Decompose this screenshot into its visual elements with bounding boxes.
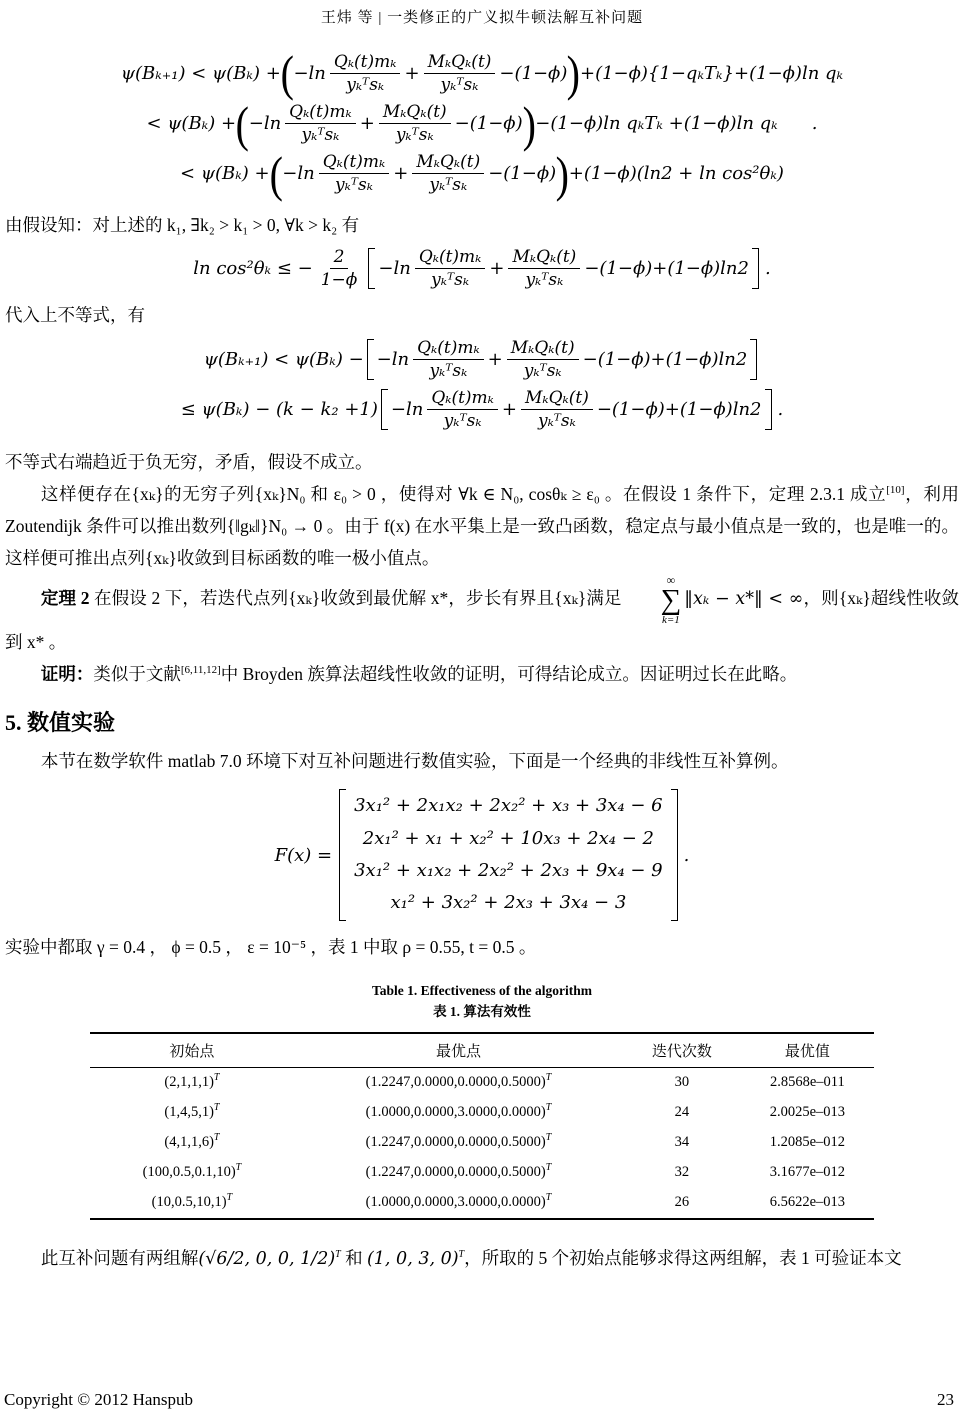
proof-text: 中 Broyden 族算法超线性收敛的证明，可得结论成立。因证明过长在此略。 bbox=[221, 664, 798, 684]
fraction-denominator: yₖᵀsₖ bbox=[425, 174, 471, 196]
eq1-line3-post: +(1−ϕ)(ln2 + ln cos²θₖ) bbox=[569, 163, 784, 184]
fraction-mk-qkt: MₖQₖ(t) yₖᵀsₖ bbox=[424, 51, 496, 96]
table-row: (100,0.5,0.1,10)T (1.2247,0.0000,0.0000,… bbox=[90, 1158, 874, 1188]
vector-value: (1.0000,0.0000,3.0000,0.0000) bbox=[366, 1104, 546, 1120]
matrix-lhs: F(x) = bbox=[275, 845, 333, 866]
sum-expression: ‖xₖ − x*‖ < ∞ bbox=[684, 589, 803, 609]
eq2-lhs: ln cos²θₖ ≤ − bbox=[193, 258, 312, 279]
fraction-qkt-mk: Qₖ(t)mₖ yₖᵀsₖ bbox=[427, 387, 498, 432]
plus-op: + bbox=[360, 113, 375, 134]
transpose-superscript: T bbox=[546, 1102, 552, 1113]
table-row: (4,1,1,6)T (1.2247,0.0000,0.0000,0.5000)… bbox=[90, 1128, 874, 1158]
eq1-line2-post: −(1−ϕ)ln qₖTₖ +(1−ϕ)ln qₖ bbox=[535, 113, 777, 134]
paragraph-proof: 证明：类似于文献[6,11,12]中 Broyden 族算法超线性收敛的证明，可… bbox=[5, 658, 959, 690]
plus-op: + bbox=[489, 258, 504, 279]
vector-value: (4,1,1,6) bbox=[164, 1134, 214, 1150]
transpose-superscript: T bbox=[546, 1192, 552, 1203]
proof-text: 类似于文献 bbox=[93, 664, 181, 684]
paragraph-text: 此互补问题有两组解 bbox=[41, 1248, 199, 1268]
fraction-qkt-mk: Qₖ(t)mₖ yₖᵀsₖ bbox=[413, 337, 484, 382]
transpose-superscript: T bbox=[546, 1132, 552, 1143]
fraction-denominator: yₖᵀsₖ bbox=[331, 174, 377, 196]
cell-iterations: 26 bbox=[623, 1188, 741, 1219]
copyright-notice: Copyright © 2012 Hanspub bbox=[4, 1390, 193, 1410]
eq1-line2: < ψ(Bₖ) + ( −ln Qₖ(t)mₖ yₖᵀsₖ + MₖQₖ(t) … bbox=[0, 101, 964, 146]
fraction-qkt-mk: Qₖ(t)mₖ yₖᵀsₖ bbox=[415, 246, 486, 291]
eq3-line2: ≤ ψ(Bₖ) − (k − k₂ +1) −ln Qₖ(t)mₖ yₖᵀsₖ … bbox=[0, 387, 964, 432]
fraction-numerator: MₖQₖ(t) bbox=[379, 101, 451, 124]
fraction-denominator: yₖᵀsₖ bbox=[521, 269, 567, 291]
cell-iterations: 34 bbox=[623, 1128, 741, 1158]
transpose-superscript: T bbox=[227, 1192, 233, 1203]
right-bracket bbox=[765, 389, 772, 430]
citation-ref-6-11-12: [6,11,12] bbox=[181, 664, 221, 676]
table-captions: Table 1. Effectiveness of the algorithm … bbox=[0, 981, 964, 1023]
fraction-denominator: yₖᵀsₖ bbox=[520, 360, 566, 382]
eq1-line3-pre: < ψ(Bₖ) + bbox=[180, 163, 270, 184]
left-paren: ( bbox=[236, 103, 249, 146]
vector-value: (1.2247,0.0000,0.0000,0.5000) bbox=[366, 1134, 546, 1150]
vector-value: (1.2247,0.0000,0.0000,0.5000) bbox=[366, 1074, 546, 1090]
left-paren: ( bbox=[269, 153, 282, 196]
sentence-period: . bbox=[812, 113, 818, 134]
fraction-numerator: 2 bbox=[330, 246, 349, 269]
fraction-mk-qkt: MₖQₖ(t) yₖᵀsₖ bbox=[412, 151, 484, 196]
cell-optimal-point: (1.0000,0.0000,3.0000,0.0000)T bbox=[294, 1188, 623, 1219]
eq1-line1-post: +(1−ϕ){1−qₖTₖ}+(1−ϕ)ln qₖ bbox=[580, 63, 843, 84]
transpose-superscript: T bbox=[546, 1072, 552, 1083]
paragraph-contradiction: 不等式右端趋近于负无穷，矛盾，假设不成立。 bbox=[5, 446, 959, 478]
matrix-equation: F(x) = 3x₁² + 2x₁x₂ + 2x₂² + x₃ + 3x₄ − … bbox=[0, 787, 964, 923]
results-table: 初始点 最优点 迭代次数 最优值 (2,1,1,1)T (1.2247,0.00… bbox=[90, 1032, 874, 1220]
column-header-optimal-point: 最优点 bbox=[294, 1033, 623, 1068]
fraction-denominator: yₖᵀsₖ bbox=[342, 74, 388, 96]
neg-ln-op: −ln bbox=[282, 163, 314, 184]
right-bracket bbox=[752, 248, 759, 289]
plus-op: + bbox=[488, 349, 503, 370]
table-header-row: 初始点 最优点 迭代次数 最优值 bbox=[90, 1033, 874, 1068]
neg-ln-op: −ln bbox=[378, 258, 410, 279]
vector-value: (1.2247,0.0000,0.0000,0.5000) bbox=[366, 1164, 546, 1180]
transpose-superscript: T bbox=[236, 1162, 242, 1173]
paragraph-text: 和 bbox=[341, 1248, 367, 1268]
fraction-denominator: yₖᵀsₖ bbox=[392, 124, 438, 146]
fraction-mk-qkt: MₖQₖ(t) yₖᵀsₖ bbox=[508, 246, 580, 291]
page-header: 王炜 等 | 一类修正的广义拟牛顿法解互补问题 bbox=[0, 0, 964, 27]
summation-symbol: ∞∑k=1 bbox=[625, 574, 682, 626]
fraction-qkt-mk: Qₖ(t)mₖ yₖᵀsₖ bbox=[285, 101, 356, 146]
fraction-denominator: yₖᵀsₖ bbox=[298, 124, 344, 146]
fraction-numerator: MₖQₖ(t) bbox=[521, 387, 593, 410]
fraction-denominator: yₖᵀsₖ bbox=[425, 360, 471, 382]
fraction-numerator: Qₖ(t)mₖ bbox=[285, 101, 356, 124]
paragraph-solutions: 此互补问题有两组解(√6/2, 0, 0, 1/2)T 和 (1, 0, 3, … bbox=[5, 1242, 959, 1275]
table-row: (2,1,1,1)T (1.2247,0.0000,0.0000,0.5000)… bbox=[90, 1067, 874, 1098]
sentence-period: . bbox=[684, 845, 690, 866]
vector-value: (2,1,1,1) bbox=[164, 1074, 214, 1090]
left-square-bracket bbox=[339, 789, 346, 921]
matrix-row: 3x₁² + x₁x₂ + 2x₂² + 2x₃ + 9x₄ − 9 bbox=[354, 855, 663, 887]
column-header-initial-point: 初始点 bbox=[90, 1033, 294, 1068]
fraction-numerator: MₖQₖ(t) bbox=[412, 151, 484, 174]
column-header-iterations: 迭代次数 bbox=[623, 1033, 741, 1068]
matrix-row: 2x₁² + x₁ + x₂² + 10x₃ + 2x₄ − 2 bbox=[363, 823, 654, 855]
right-paren: ) bbox=[567, 52, 580, 95]
cell-initial-point: (2,1,1,1)T bbox=[90, 1067, 294, 1098]
left-bracket bbox=[368, 248, 375, 289]
fraction-denominator: 1−ϕ bbox=[317, 269, 362, 291]
fraction-mk-qkt: MₖQₖ(t) yₖᵀsₖ bbox=[507, 337, 579, 382]
cell-iterations: 30 bbox=[623, 1067, 741, 1098]
right-paren: ) bbox=[556, 153, 569, 196]
eq3-line2-pre: ≤ ψ(Bₖ) − (k − k₂ +1) bbox=[181, 399, 378, 420]
cell-initial-point: (100,0.5,0.1,10)T bbox=[90, 1158, 294, 1188]
cell-optimal-value: 2.8568e–011 bbox=[741, 1067, 874, 1098]
fraction-denominator: yₖᵀsₖ bbox=[534, 410, 580, 432]
inner-post: −(1−ϕ)+(1−ϕ)ln2 bbox=[597, 399, 762, 420]
vector-value: (10,0.5,10,1) bbox=[152, 1194, 227, 1210]
cell-optimal-value: 3.1677e–012 bbox=[741, 1158, 874, 1188]
sum-lower-limit: k=1 bbox=[626, 615, 680, 626]
cell-optimal-point: (1.2247,0.0000,0.0000,0.5000)T bbox=[294, 1158, 623, 1188]
table-caption-chinese: 表 1. 算法有效性 bbox=[0, 1002, 964, 1023]
solution-vector-1: (√6/2, 0, 0, 1/2) bbox=[198, 1249, 335, 1269]
cell-initial-point: (4,1,1,6)T bbox=[90, 1128, 294, 1158]
eq3-line1-pre: ψ(Bₖ₊₁) < ψ(Bₖ) − bbox=[204, 349, 364, 370]
fraction-numerator: Qₖ(t)mₖ bbox=[413, 337, 484, 360]
eq1-line1: ψ(Bₖ₊₁) < ψ(Bₖ) + ( −ln Qₖ(t)mₖ yₖᵀsₖ + … bbox=[0, 51, 964, 96]
vector-value: (1,4,5,1) bbox=[164, 1104, 214, 1120]
table-caption-english: Table 1. Effectiveness of the algorithm bbox=[0, 981, 964, 1002]
transpose-superscript: T bbox=[214, 1102, 220, 1113]
cell-optimal-point: (1.2247,0.0000,0.0000,0.5000)T bbox=[294, 1067, 623, 1098]
equation-block-1: ψ(Bₖ₊₁) < ψ(Bₖ) + ( −ln Qₖ(t)mₖ yₖᵀsₖ + … bbox=[0, 51, 964, 197]
matrix-row: x₁² + 3x₂² + 2x₃ + 3x₄ − 3 bbox=[390, 887, 626, 919]
matrix-row: 3x₁² + 2x₁x₂ + 2x₂² + x₃ + 3x₄ − 6 bbox=[354, 790, 663, 822]
cell-optimal-value: 2.0025e–013 bbox=[741, 1098, 874, 1128]
running-head-title: 王炜 等 | 一类修正的广义拟牛顿法解互补问题 bbox=[321, 10, 643, 26]
neg-ln-op: −ln bbox=[377, 349, 409, 370]
fraction-numerator: MₖQₖ(t) bbox=[424, 51, 496, 74]
fraction-numerator: Qₖ(t)mₖ bbox=[319, 151, 390, 174]
sentence-period: . bbox=[778, 399, 784, 420]
transpose-superscript: T bbox=[214, 1072, 220, 1083]
neg-ln-op: −ln bbox=[391, 399, 423, 420]
vector-value: (100,0.5,0.1,10) bbox=[143, 1164, 236, 1180]
cell-iterations: 32 bbox=[623, 1158, 741, 1188]
inner-post: −(1−ϕ)+(1−ϕ)ln2 bbox=[583, 349, 748, 370]
fraction-qkt-mk: Qₖ(t)mₖ yₖᵀsₖ bbox=[330, 51, 401, 96]
page-number: 23 bbox=[937, 1390, 954, 1410]
cell-initial-point: (1,4,5,1)T bbox=[90, 1098, 294, 1128]
column-header-optimal-value: 最优值 bbox=[741, 1033, 874, 1068]
fraction-denominator: yₖᵀsₖ bbox=[427, 269, 473, 291]
inner-post: −(1−ϕ) bbox=[455, 113, 523, 134]
transpose-superscript: T bbox=[214, 1132, 220, 1143]
paragraph-experiment-intro: 本节在数学软件 matlab 7.0 环境下对互补问题进行数值实验，下面是一个经… bbox=[5, 745, 959, 777]
paragraph-subsequence: 这样便存在{xₖ}的无穷子列{xₖ}N₀ 和 ε₀ > 0 ，使得对 ∀k ∈ … bbox=[5, 478, 959, 574]
left-bracket bbox=[381, 389, 388, 430]
fraction-numerator: Qₖ(t)mₖ bbox=[427, 387, 498, 410]
neg-ln-op: −ln bbox=[293, 63, 325, 84]
equation-block-3: ψ(Bₖ₊₁) < ψ(Bₖ) − −ln Qₖ(t)mₖ yₖᵀsₖ + Mₖ… bbox=[0, 337, 964, 432]
fraction-numerator: Qₖ(t)mₖ bbox=[330, 51, 401, 74]
fraction-qkt-mk: Qₖ(t)mₖ yₖᵀsₖ bbox=[319, 151, 390, 196]
eq1-line1-pre: ψ(Bₖ₊₁) < ψ(Bₖ) + bbox=[121, 63, 281, 84]
right-paren: ) bbox=[522, 103, 535, 146]
fraction-mk-qkt: MₖQₖ(t) yₖᵀsₖ bbox=[379, 101, 451, 146]
proof-label: 证明： bbox=[41, 664, 94, 684]
right-square-bracket bbox=[671, 789, 678, 921]
left-paren: ( bbox=[280, 52, 293, 95]
fraction-mk-qkt: MₖQₖ(t) yₖᵀsₖ bbox=[521, 387, 593, 432]
inner-post: −(1−ϕ) bbox=[488, 163, 556, 184]
substitute-line: 代入上不等式，有 bbox=[5, 299, 959, 331]
theorem-label: 定理 2 bbox=[41, 588, 90, 608]
assumption-line: 由假设知：对上述的 k₁, ∃k₂ > k₁ > 0, ∀k > k₂ 有 bbox=[5, 209, 959, 241]
paragraph-theorem-2: 定理 2 在假设 2 下，若迭代点列{xₖ}收敛到最优解 x*，步长有界且{xₖ… bbox=[5, 574, 959, 658]
cell-iterations: 24 bbox=[623, 1098, 741, 1128]
paragraph-parameters: 实验中都取 γ = 0.4 ， ϕ = 0.5 ， ε = 10⁻⁵ ，表 1 … bbox=[5, 931, 959, 963]
eq1-line3: < ψ(Bₖ) + ( −ln Qₖ(t)mₖ yₖᵀsₖ + MₖQₖ(t) … bbox=[0, 151, 964, 196]
section-5-heading: 5. 数值实验 bbox=[5, 706, 959, 737]
theorem-text: 在假设 2 下，若迭代点列{xₖ}收敛到最优解 x*，步长有界且{xₖ}满足 bbox=[89, 588, 621, 608]
cell-optimal-point: (1.0000,0.0000,3.0000,0.0000)T bbox=[294, 1098, 623, 1128]
fraction-denominator: yₖᵀsₖ bbox=[437, 74, 483, 96]
plus-op: + bbox=[502, 399, 517, 420]
plus-op: + bbox=[404, 63, 419, 84]
cell-initial-point: (10,0.5,10,1)T bbox=[90, 1188, 294, 1219]
cell-optimal-point: (1.2247,0.0000,0.0000,0.5000)T bbox=[294, 1128, 623, 1158]
citation-ref-10: [10] bbox=[886, 484, 904, 496]
equation-2: ln cos²θₖ ≤ − 2 1−ϕ −ln Qₖ(t)mₖ yₖᵀsₖ + … bbox=[0, 246, 964, 291]
table-row: (10,0.5,10,1)T (1.0000,0.0000,3.0000,0.0… bbox=[90, 1188, 874, 1219]
fraction-2-over-1-phi: 2 1−ϕ bbox=[317, 246, 362, 291]
sentence-period: . bbox=[765, 258, 771, 279]
eq3-line1: ψ(Bₖ₊₁) < ψ(Bₖ) − −ln Qₖ(t)mₖ yₖᵀsₖ + Mₖ… bbox=[0, 337, 964, 382]
plus-op: + bbox=[393, 163, 408, 184]
cell-optimal-value: 6.5622e–013 bbox=[741, 1188, 874, 1219]
fraction-numerator: MₖQₖ(t) bbox=[508, 246, 580, 269]
eq1-line2-pre: < ψ(Bₖ) + bbox=[147, 113, 237, 134]
fraction-denominator: yₖᵀsₖ bbox=[440, 410, 486, 432]
vector-value: (1.0000,0.0000,3.0000,0.0000) bbox=[366, 1194, 546, 1210]
sigma-icon: ∑ bbox=[625, 586, 682, 615]
paper-page: 王炜 等 | 一类修正的广义拟牛顿法解互补问题 ψ(Bₖ₊₁) < ψ(Bₖ) … bbox=[0, 0, 964, 1414]
neg-ln-op: −ln bbox=[249, 113, 281, 134]
solution-vector-2: (1, 0, 3, 0) bbox=[367, 1249, 459, 1269]
inner-post: −(1−ϕ)+(1−ϕ)ln2 bbox=[584, 258, 749, 279]
paragraph-text: ，所取的 5 个初始点能够求得这两组解，表 1 可验证本文 bbox=[464, 1248, 902, 1268]
left-bracket bbox=[367, 339, 374, 380]
fraction-numerator: Qₖ(t)mₖ bbox=[415, 246, 486, 269]
matrix-rows: 3x₁² + 2x₁x₂ + 2x₂² + x₃ + 3x₄ − 6 2x₁² … bbox=[349, 787, 668, 923]
paragraph-text: 这样便存在{xₖ}的无穷子列{xₖ}N₀ 和 ε₀ > 0 ，使得对 ∀k ∈ … bbox=[41, 484, 886, 504]
transpose-superscript: T bbox=[546, 1162, 552, 1173]
cell-optimal-value: 1.2085e–012 bbox=[741, 1128, 874, 1158]
inner-post: −(1−ϕ) bbox=[499, 63, 567, 84]
right-bracket bbox=[750, 339, 757, 380]
fraction-numerator: MₖQₖ(t) bbox=[507, 337, 579, 360]
table-row: (1,4,5,1)T (1.0000,0.0000,3.0000,0.0000)… bbox=[90, 1098, 874, 1128]
